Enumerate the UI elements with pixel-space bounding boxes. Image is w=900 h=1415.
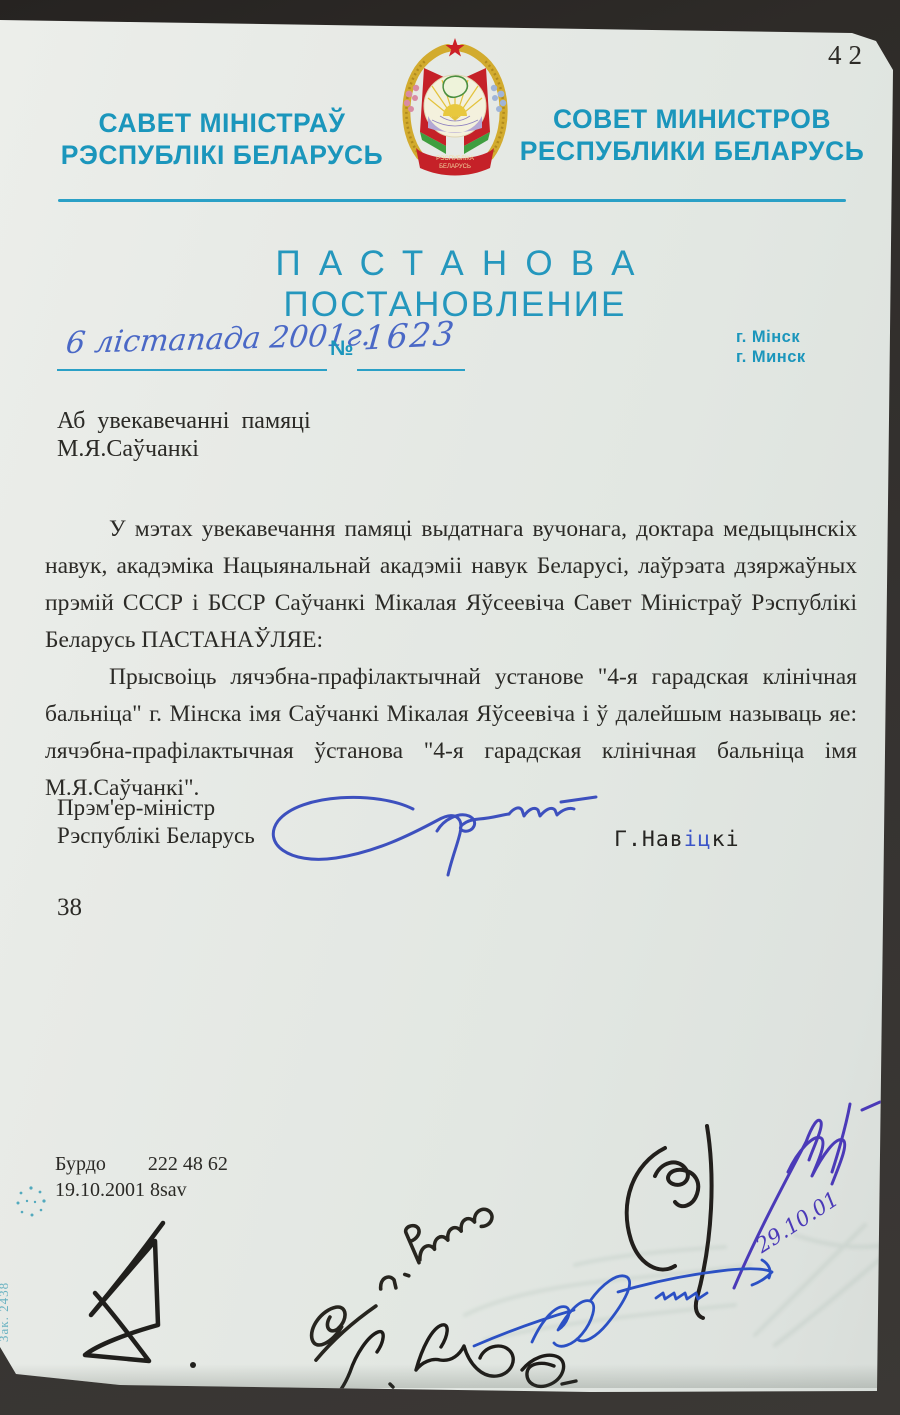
title-belarusian: ПАСТАНОВА [235, 244, 675, 284]
subject-line2: М.Я.Саўчанкі [57, 435, 311, 463]
page-edge-shadow [0, 1364, 900, 1388]
date-underline [57, 369, 327, 371]
signer-name-part1: Г.Нав [614, 827, 684, 852]
header-divider [58, 199, 846, 202]
signer-name: Г.Навіцкі [614, 827, 740, 852]
signer-title-line2: Рэспублікі Беларусь [57, 822, 255, 850]
place-line1: г. Мінск [736, 327, 806, 347]
signer-title-line1: Прэм'ер-міністр [57, 794, 255, 822]
handwritten-number: 1623 [362, 313, 457, 357]
scanned-page: 42 САВЕТ МІНІСТРАЎ РЭСПУБЛІКІ БЕЛАРУСЬ [0, 0, 900, 1415]
footer-contact: Бурдо 222 48 62 19.10.2001 8sav [55, 1151, 228, 1203]
contact-phone: 222 48 62 [148, 1151, 228, 1177]
belarus-coat-of-arms-icon: РЭСПУБЛІКА БЕЛАРУСЬ [396, 36, 514, 178]
margin-number: 38 [57, 894, 82, 922]
signer-name-part3: кі [712, 827, 740, 852]
page-number: 42 [828, 40, 869, 71]
footer-date-code: 19.10.2001 8sav [55, 1177, 228, 1203]
decree-body: У мэтах увекавечання памяці выдатнага ву… [45, 511, 857, 807]
emblem-ribbon-text-1: РЭСПУБЛІКА [436, 156, 474, 162]
place-line2: г. Минск [736, 347, 806, 367]
signer-name-part2: іц [684, 827, 712, 852]
number-underline [357, 369, 465, 371]
org-name-russian: СОВЕТ МИНИСТРОВ РЕСПУБЛИКИ БЕЛАРУСЬ [516, 103, 868, 167]
number-sign: № [330, 337, 353, 361]
contact-name: Бурдо [55, 1151, 106, 1177]
org-right-line1: СОВЕТ МИНИСТРОВ [516, 103, 868, 135]
org-left-line2: РЭСПУБЛІКІ БЕЛАРУСЬ [52, 139, 392, 171]
belarus-map-icon [443, 76, 467, 97]
prime-minister-signature [258, 783, 603, 885]
subject-block: Аб увекавечанні памяці М.Я.Саўчанкі [57, 407, 311, 463]
signer-title: Прэм'ер-міністр Рэспублікі Беларусь [57, 794, 255, 850]
place-of-issue: г. Мінск г. Минск [736, 327, 806, 367]
emblem-ribbon-text-2: БЕЛАРУСЬ [439, 164, 471, 170]
approval-signature-black-left [45, 1213, 235, 1378]
subject-line1: Аб увекавечанні памяці [57, 407, 311, 435]
org-right-line2: РЕСПУБЛИКИ БЕЛАРУСЬ [516, 135, 868, 167]
org-name-belarusian: САВЕТ МІНІСТРАЎ РЭСПУБЛІКІ БЕЛАРУСЬ [52, 107, 392, 171]
handwritten-date: 6 лістапада 2001г. [64, 318, 373, 361]
paragraph-preamble: У мэтах увекавечання памяці выдатнага ву… [45, 511, 857, 659]
archive-mark: Зак. 2438 [0, 1232, 12, 1342]
org-left-line1: САВЕТ МІНІСТРАЎ [52, 107, 392, 139]
